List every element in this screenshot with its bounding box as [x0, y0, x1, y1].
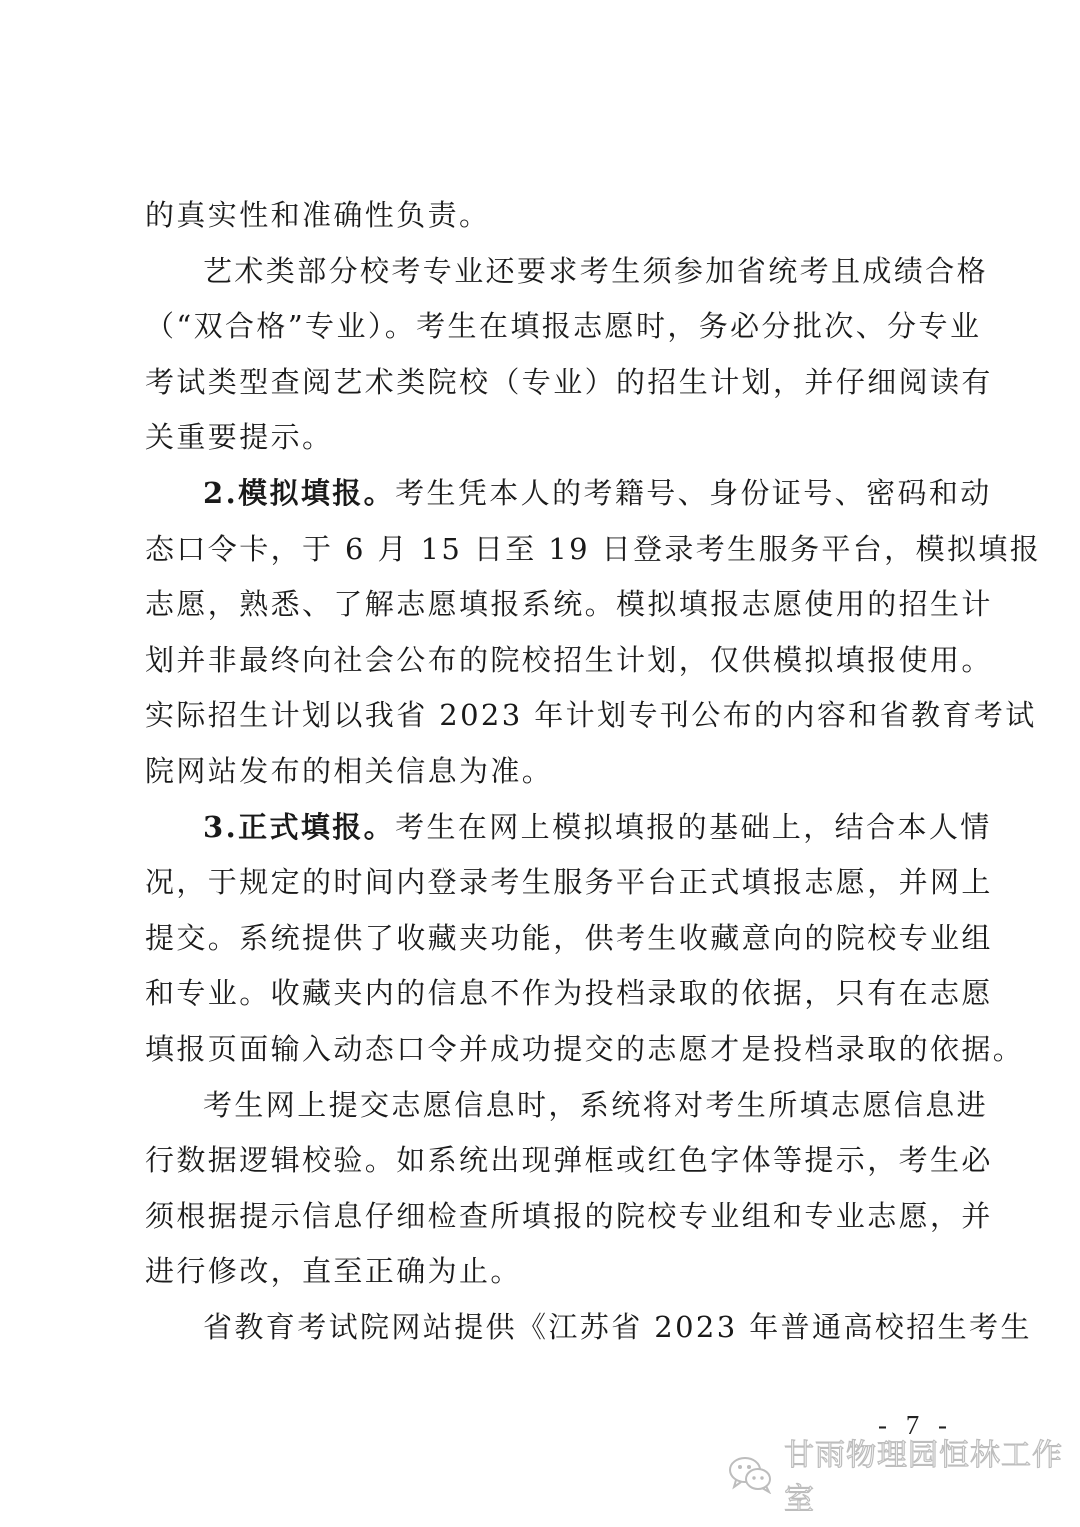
text-line: 填报页面输入动态口令并成功提交的志愿才是投档录取的依据。 — [145, 1022, 945, 1078]
paragraph-validation: 考生网上提交志愿信息时，系统将对考生所填志愿信息进 — [145, 1078, 945, 1134]
text-line: 志愿，熟悉、了解志愿填报系统。模拟填报志愿使用的招生计 — [145, 577, 945, 633]
text-line: 划并非最终向社会公布的院校招生计划，仅供模拟填报使用。 — [145, 633, 945, 689]
text-line: 的真实性和准确性负责。 — [145, 188, 945, 244]
text-line: 院网站发布的相关信息为准。 — [145, 744, 945, 800]
text-line: 考试类型查阅艺术类院校（专业）的招生计划，并仔细阅读有 — [145, 355, 945, 411]
watermark-text: 甘雨物理园恒林工作室 — [784, 1430, 1080, 1518]
text-line: 和专业。收藏夹内的信息不作为投档录取的依据，只有在志愿 — [145, 966, 945, 1022]
text-span: 考生凭本人的考籍号、身份证号、密码和动 — [395, 476, 992, 510]
watermark: 甘雨物理园恒林工作室 — [728, 1450, 1080, 1498]
text-line: （“双合格”专业）。考生在填报志愿时，务必分批次、分专业 — [145, 299, 945, 355]
paragraph-art-requirements: 艺术类部分校考专业还要求考生须参加省统考且成绩合格 — [145, 244, 945, 300]
text-line: 实际招生计划以我省 2023 年计划专刊公布的内容和省教育考试 — [145, 688, 945, 744]
wechat-icon — [728, 1454, 774, 1494]
text-line: 须根据提示信息仔细检查所填报的院校专业组和专业志愿，并 — [145, 1189, 945, 1245]
section-formal-filing: 3.正式填报。考生在网上模拟填报的基础上，结合本人情 — [145, 800, 945, 856]
text-line: 态口令卡，于 6 月 15 日至 19 日登录考生服务平台，模拟填报 — [145, 522, 945, 578]
section-heading-mock-filing: 2.模拟填报。 — [203, 476, 395, 510]
section-heading-formal-filing: 3.正式填报。 — [203, 810, 395, 844]
section-mock-filing: 2.模拟填报。考生凭本人的考籍号、身份证号、密码和动 — [145, 466, 945, 522]
text-line: 况，于规定的时间内登录考生服务平台正式填报志愿，并网上 — [145, 855, 945, 911]
text-line: 进行修改，直至正确为止。 — [145, 1244, 945, 1300]
paragraph-website-guide: 省教育考试院网站提供《江苏省 2023 年普通高校招生考生 — [145, 1300, 945, 1356]
document-body: 的真实性和准确性负责。 艺术类部分校考专业还要求考生须参加省统考且成绩合格 （“… — [145, 188, 945, 1355]
text-span: 考生在网上模拟填报的基础上，结合本人情 — [395, 810, 992, 844]
text-line: 行数据逻辑校验。如系统出现弹框或红色字体等提示，考生必 — [145, 1133, 945, 1189]
text-line: 关重要提示。 — [145, 410, 945, 466]
text-line: 提交。系统提供了收藏夹功能，供考生收藏意向的院校专业组 — [145, 911, 945, 967]
